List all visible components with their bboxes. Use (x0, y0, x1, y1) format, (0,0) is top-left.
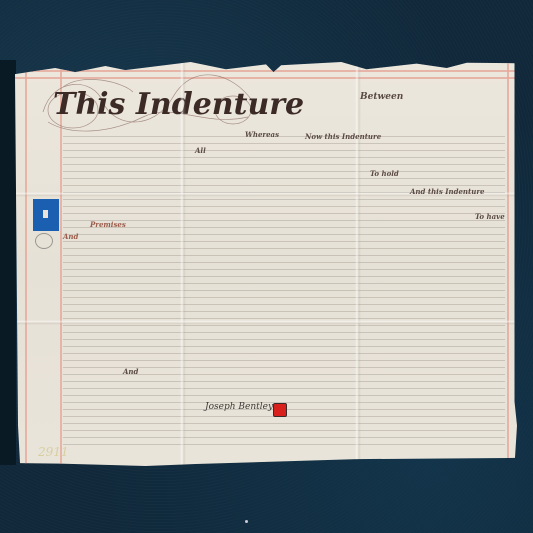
handwritten-body-text (63, 132, 505, 446)
heading-to-have: To have (475, 212, 505, 221)
fold-crease (180, 62, 186, 466)
fold-crease (15, 320, 517, 325)
heading-and: And (63, 232, 78, 241)
document-title: This Indenture (53, 87, 304, 122)
heading-to-hold: To hold (370, 169, 399, 178)
heading-all: All (195, 146, 206, 155)
revenue-stamp (33, 199, 59, 231)
red-rule-right (507, 62, 509, 466)
heading-and: And (123, 367, 138, 376)
lint-speck (245, 520, 248, 523)
embossed-seal-icon (35, 233, 53, 249)
heading-premises: Premises (90, 220, 126, 229)
reference-number: 2911 (38, 445, 69, 459)
wax-seal-icon (273, 403, 287, 417)
heading-between: Between (360, 92, 403, 102)
dark-backing-strip (0, 60, 16, 465)
red-rule-left (25, 62, 27, 466)
fold-crease (355, 62, 361, 466)
heading-now-this-indenture: Now this Indenture (305, 132, 381, 141)
heading-whereas: Whereas (245, 130, 279, 139)
stamp-center-mark (43, 210, 48, 218)
heading-and-this-indenture: And this Indenture (410, 187, 484, 196)
signature: Joseph Bentley (205, 402, 273, 412)
